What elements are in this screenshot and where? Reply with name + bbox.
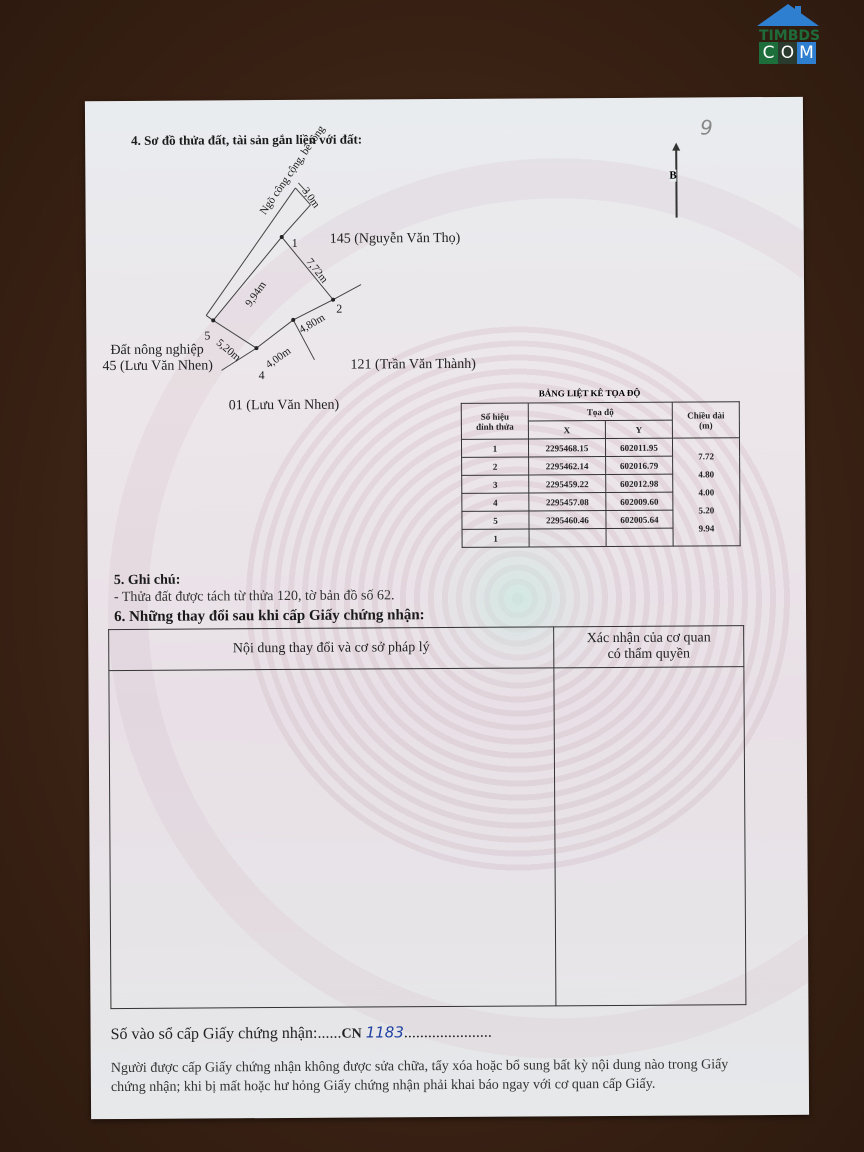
table-row: 1 2295468.15 602011.95 7.72 4.80 4.00 5.… — [461, 438, 739, 458]
neighbor-west-line2: 45 (Lưu Văn Nhen) — [102, 358, 212, 375]
site-watermark-logo: TIMBDS C O M — [757, 4, 819, 64]
lengths-column: 7.72 4.80 4.00 5.20 9.94 — [672, 438, 740, 546]
neighbor-south-east: 121 (Trần Văn Thành) — [350, 357, 475, 374]
changes-col-confirm: Xác nhận của cơ quan — [587, 630, 711, 646]
changes-empty-row — [109, 667, 746, 1009]
section4-title: 4. Sơ đồ thửa đất, tài sản gắn liền với … — [131, 132, 362, 149]
header-y: Y — [605, 420, 672, 438]
header-point: Số hiệu — [481, 411, 509, 421]
house-roof-icon — [757, 4, 819, 26]
changes-col-content: Nội dung thay đổi và cơ sở pháp lý — [109, 627, 554, 671]
vertex-2-label: 2 — [336, 302, 342, 317]
neighbor-west-line1: Đất nông nghiệp — [110, 342, 203, 359]
north-line — [675, 148, 677, 218]
vertex-1-label: 1 — [292, 236, 298, 251]
header-length: Chiều dài — [687, 410, 724, 420]
vertex-4-label: 4 — [259, 368, 265, 383]
header-coord: Tọa độ — [528, 402, 672, 421]
land-plot-diagram — [175, 179, 476, 411]
logo-letter-m: M — [797, 42, 816, 64]
changes-table: Nội dung thay đổi và cơ sở pháp lý Xác n… — [108, 625, 746, 1009]
registration-label: Số vào sổ cấp Giấy chứng nhận: — [111, 1025, 318, 1043]
land-certificate-page: 4. Sơ đồ thửa đất, tài sản gắn liền với … — [85, 97, 809, 1119]
neighbor-north-east: 145 (Nguyễn Văn Thọ) — [330, 231, 461, 248]
logo-letter-c: C — [759, 42, 778, 64]
chimney-icon — [795, 6, 801, 18]
footer-notice: Người được cấp Giấy chứng nhận không đượ… — [111, 1055, 761, 1097]
registration-number: 1183 — [366, 1023, 404, 1041]
neighbor-south: 01 (Lưu Văn Nhen) — [229, 398, 339, 415]
logo-letter-o: O — [778, 42, 797, 64]
coordinate-table-title: BẢNG LIỆT KÊ TỌA ĐỘ — [539, 388, 641, 399]
section6-title: 6. Những thay đổi sau khi cấp Giấy chứng… — [114, 607, 425, 626]
vertex-5-label: 5 — [204, 328, 210, 343]
registration-line: Số vào sổ cấp Giấy chứng nhận:......CN 1… — [111, 1023, 492, 1044]
coordinate-table: Số hiệuđỉnh thửa Tọa độ Chiều dài(m) X Y… — [461, 401, 741, 548]
section5-title: 5. Ghi chú: — [114, 573, 181, 589]
header-x: X — [528, 421, 605, 439]
section5-note: - Thửa đất được tách từ thửa 120, tờ bản… — [114, 588, 395, 606]
registration-prefix: CN — [341, 1027, 361, 1042]
handwritten-page-number: 9 — [700, 115, 713, 139]
north-label: B — [669, 170, 676, 182]
